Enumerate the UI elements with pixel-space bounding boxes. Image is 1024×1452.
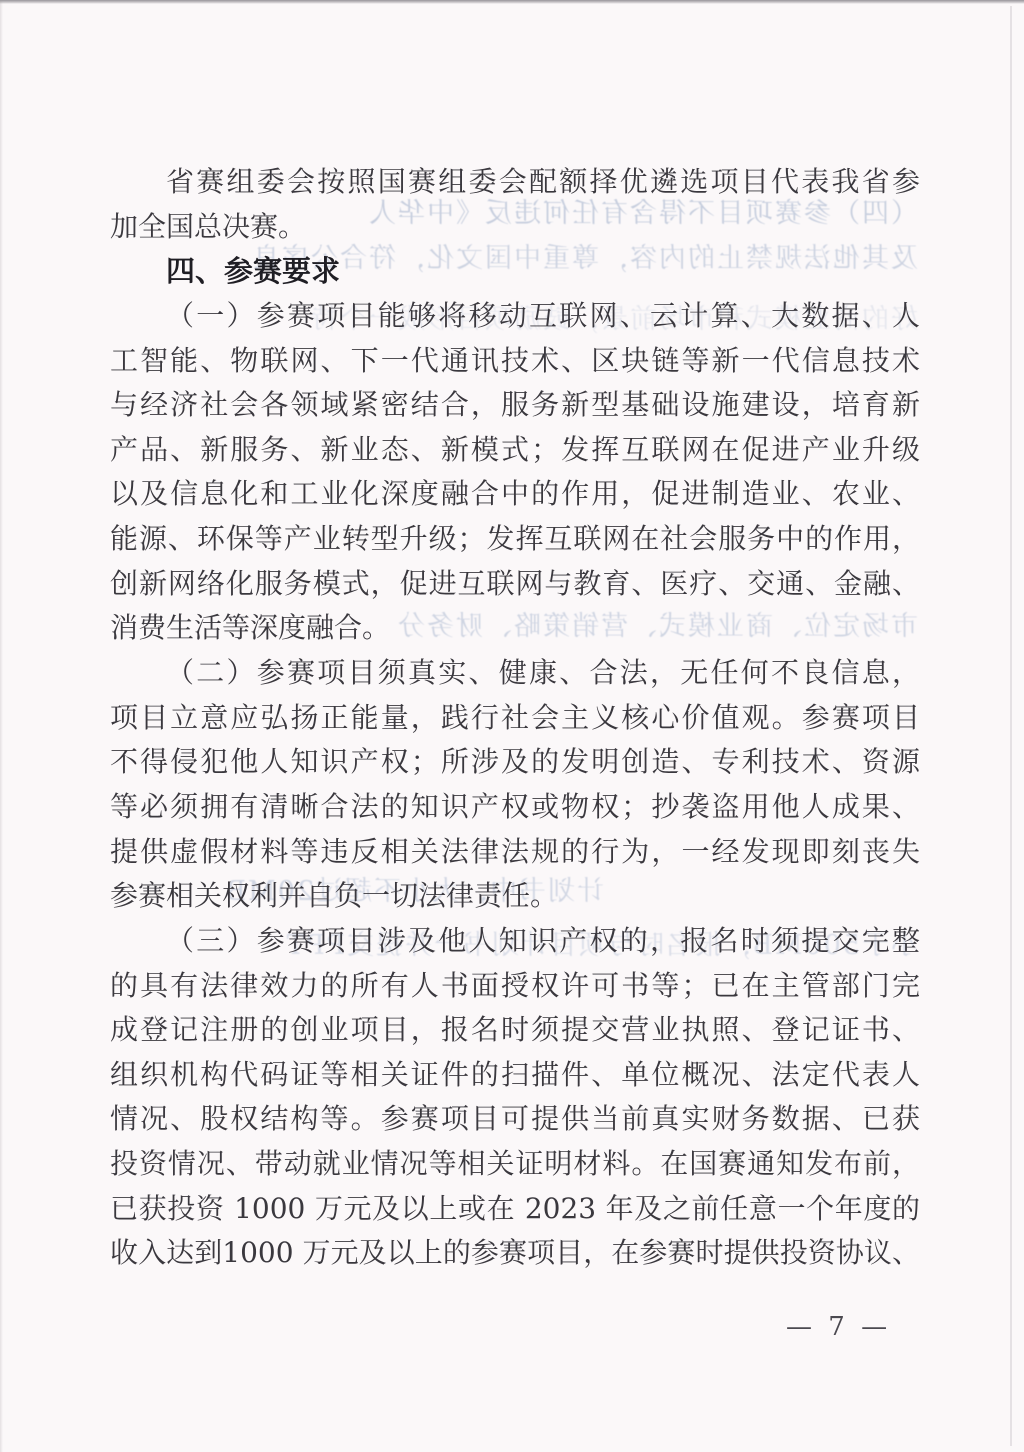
document-text-line: 参赛相关权利并自负一切法律责任。 [110, 874, 920, 919]
document-text-line: 省赛组委会按照国赛组委会配额择优遴选项目代表我省参 [110, 160, 920, 205]
scan-edge-right [1010, 6, 1012, 1446]
document-text-line: 情况、股权结构等。参赛项目可提供当前真实财务数据、已获 [110, 1097, 920, 1142]
document-text-line: 的具有法律效力的所有人书面授权许可书等；已在主管部门完 [110, 964, 920, 1009]
document-text-line: 消费生活等深度融合。 [110, 606, 920, 651]
document-text-line: 成登记注册的创业项目，报名时须提交营业执照、登记证书、 [110, 1008, 920, 1053]
document-text-line: 已获投资 1000 万元及以上或在 2023 年及之前任意一个年度的 [110, 1187, 920, 1232]
document-text-line: （一）参赛项目能够将移动互联网、云计算、大数据、人 [110, 294, 920, 339]
document-text-line: 四、参赛要求 [110, 249, 920, 294]
document-text-line: （三）参赛项目涉及他人知识产权的，报名时须提交完整 [110, 919, 920, 964]
document-text-line: 与经济社会各领域紧密结合，服务新型基础设施建设，培育新 [110, 383, 920, 428]
document-text-line: 项目立意应弘扬正能量，践行社会主义核心价值观。参赛项目 [110, 696, 920, 741]
document-text-line: 创新网络化服务模式，促进互联网与教育、医疗、交通、金融、 [110, 562, 920, 607]
document-text-line: （二）参赛项目须真实、健康、合法，无任何不良信息， [110, 651, 920, 696]
document-text-line: 工智能、物联网、下一代通讯技术、区块链等新一代信息技术 [110, 339, 920, 384]
document-text-line: 投资情况、带动就业情况等相关证明材料。在国赛通知发布前， [110, 1142, 920, 1187]
document-text-line: 不得侵犯他人知识产权；所涉及的发明创造、专利技术、资源 [110, 740, 920, 785]
document-text-line: 以及信息化和工业化深度融合中的作用，促进制造业、农业、 [110, 472, 920, 517]
scan-edge-top [0, 0, 1024, 4]
document-body: 省赛组委会按照国赛组委会配额择优遴选项目代表我省参加全国总决赛。四、参赛要求（一… [110, 160, 920, 1276]
document-text-line: 产品、新服务、新业态、新模式；发挥互联网在促进产业升级 [110, 428, 920, 473]
document-text-line: 组织机构代码证等相关证件的扫描件、单位概况、法定代表人 [110, 1053, 920, 1098]
document-text-line: 提供虚假材料等违反相关法律法规的行为，一经发现即刻丧失 [110, 830, 920, 875]
document-text-line: 能源、环保等产业转型升级；发挥互联网在社会服务中的作用， [110, 517, 920, 562]
scan-edge-left [0, 0, 3, 1452]
scanned-document-page: （四）参赛项目不得含有任何违反《中华人及其他法规禁止的内容，尊重中国文化，符合公… [0, 0, 1024, 1452]
document-text-line: 等必须拥有清晰合法的知识产权或物权；抄袭盗用他人成果、 [110, 785, 920, 830]
page-number: — 7 — [786, 1312, 906, 1342]
document-text-line: 加全国总决赛。 [110, 205, 920, 250]
document-text-line: 收入达到1000 万元及以上的参赛项目，在参赛时提供投资协议、 [110, 1231, 920, 1276]
